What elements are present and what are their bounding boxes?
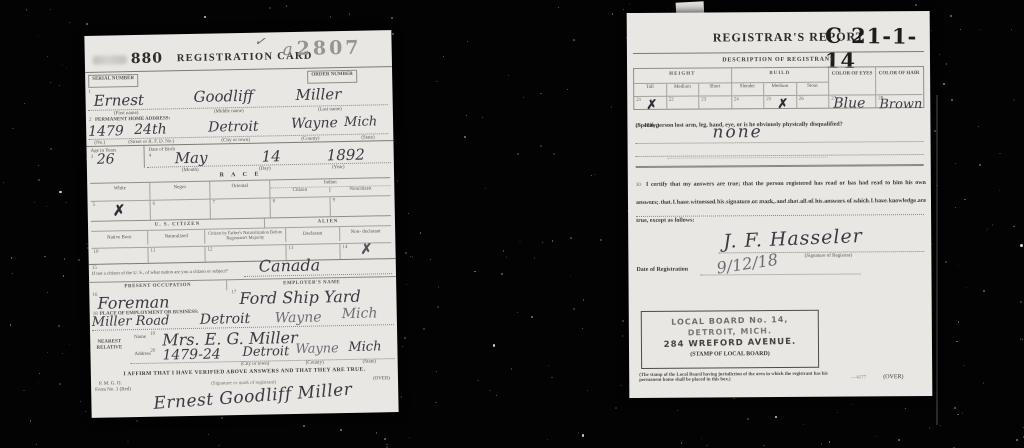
dob-day: 14 [262,147,281,165]
n26: 26 [799,96,804,101]
q29-line1 [636,141,924,144]
description-table: HEIGHT BUILD COLOR OF EYES COLOR OF HAIR… [633,66,924,110]
relative-sub-city: (City or town) [241,361,270,367]
eyes-value: Blue [833,95,865,111]
field-19-number: 19 [150,332,155,337]
employment-county: Wayne [275,309,322,326]
age-dob-divider [143,146,144,168]
employer-value: Ford Ship Yard [239,287,361,308]
field-3-number: 3 [91,155,94,160]
race-col-citizen: Citizen [270,187,330,194]
sub-middle-name: (Middle name) [214,109,244,115]
citizen-col-father: Citizen by Father's Naturalization Befor… [205,228,286,243]
tall-x-mark: ✗ [646,98,657,113]
citizen-cell-naturalized: 11 [148,247,205,263]
citizen-n-father: 12 [207,248,212,253]
relative-state: Mich [348,339,381,355]
form-number-line1: P. M. G. O. [99,381,122,387]
citizen-col-naturalized: Naturalized [148,230,205,245]
nation-answer: Canada [259,255,321,275]
relative-sub-county: (County) [306,360,324,366]
relative-city: Detroit [242,344,289,360]
q29-answer: none [712,122,762,142]
stout-label: Stout [797,82,830,94]
occupation-heading: PRESENT OCCUPATION [89,280,227,292]
q30-block: 30 I certify that my answers are true; t… [636,171,926,227]
employment-state: Mich [342,305,378,322]
nondeclarant-x-mark: ✗ [360,241,372,257]
n24: 24 [734,97,739,102]
build-medium-x-mark: ✗ [777,97,788,112]
relative-address-label: Address [134,352,150,358]
race-col-oriental: Oriental [210,180,270,198]
citizen-col-nondeclarant: Non- declarant [340,226,391,240]
build-medium-label: Medium [764,83,797,95]
q29-specify: (Specify.) [635,123,659,130]
field-4-number: 4 [149,154,152,159]
hair-value: Brown [879,97,922,112]
citizen-cell-native: 10 [91,248,148,264]
local-board-stamp-box: LOCAL BOARD No. 14, DETROIT, MICH. 284 W… [641,310,819,369]
eyes-heading: COLOR OF EYES [829,67,876,94]
race-cell-citizen: 8 [271,197,331,217]
order-number-stamp: 2807 [296,37,361,60]
short-label: Short [699,83,732,95]
citizen-n-naturalized: 11 [150,249,155,254]
height-medium-label: Medium [667,83,700,95]
hair-cell: 28 Brown [876,94,922,108]
n25: 25 [766,97,771,102]
field-2-number: 2 [89,118,92,123]
serial-number-stamp: 880 [131,50,164,67]
address-state: Mich [344,114,377,130]
relative-sub-state: (State) [363,359,376,365]
height-heading: HEIGHT [634,68,732,84]
field-20-number: 20 [150,349,155,354]
relative-name-label: Name [134,335,146,341]
nearest-relative-label: NEAREST RELATIVE [92,339,126,351]
eyes-cell: 27 Blue [829,94,876,108]
name-first: Ernest [93,91,144,110]
short-cell: 23 [699,95,732,109]
checkmark: ✓ [254,34,267,50]
address-city: Detroit [208,119,259,136]
report-form-code: —4177 [851,375,866,381]
age-value: 26 [97,151,115,167]
registrar-signature: J. F. Hasseler [723,225,863,253]
address-county: Wayne [291,115,338,132]
citizen-n-declarant: 13 [288,246,293,251]
race-col-white: White [90,183,150,201]
double-rule [636,164,924,168]
hair-heading: COLOR OF HAIR [876,67,922,94]
reg-card-over-label: (OVER) [373,376,390,382]
citizen-cell-nondeclarant: 14 ✗ [340,243,391,259]
dob-label: Date of Birth [149,147,175,153]
race-n-citizen: 8 [273,199,276,204]
citizen-n-native: 10 [93,250,98,255]
race-n-negro: 6 [153,202,156,207]
race-cell-oriental: 7 [211,198,271,218]
registrar-signature-caption: (Signature of Registrar) [768,253,888,259]
race-col-noncitizen: Noncitizen [330,186,390,193]
slender-label: Slender [732,83,765,95]
registrar-report-card: REGISTRAR'S REPORT C 21-1-14 DESCRIPTION… [627,11,933,398]
race-col-negro: Negro [150,182,210,200]
slender-cell: 24 [732,95,765,109]
date-of-registration-label: Date of Registration [636,267,688,274]
stamp-line3: 284 WREFORD AVENUE. [642,336,818,350]
n23: 23 [701,97,706,102]
order-number-prefix: a [282,40,293,60]
dob-month: May [175,149,208,168]
order-number-label: ORDER NUMBER [307,70,357,84]
stamp-box-caption: (STAMP OF LOCAL BOARD) [642,351,818,358]
q29-block: 29 Has person lost arm, leg, hand, eye, … [635,112,923,132]
employment-city: Detroit [200,311,251,328]
citizen-col-native: Native Born [91,231,148,246]
citizen-n-nondeclarant: 14 [342,245,347,250]
dob-year: 1892 [327,146,366,165]
report-over-label: (OVER) [883,374,903,381]
relative-county: Wayne [295,341,339,357]
build-heading: BUILD [732,68,830,84]
stout-cell: 26 [797,94,830,108]
ink-smudge [93,55,127,65]
n22: 22 [669,97,674,102]
form-number-line2: Form No. 1 (Red) [95,387,131,393]
field-15-number: 15 [92,266,97,271]
race-white-x-mark: ✗ [113,201,126,219]
q29-faint-caption [668,157,828,160]
name-last: Miller [295,85,341,104]
height-medium-cell: 22 [667,95,700,109]
stamp-box-note: (The stamp of the Local Board having jur… [639,372,839,384]
race-n-white: 5 [93,203,96,208]
citizen-col-declarant: Declarant [286,227,340,242]
tall-label: Tall [634,84,667,96]
address-street: 24th [134,121,167,138]
race-n-oriental: 7 [213,201,216,206]
race-n-noncitizen: 9 [333,198,336,203]
build-medium-cell: 25 ✗ [764,95,797,109]
sub-last-name: (Last name) [318,107,342,113]
race-cell-negro: 6 [151,200,211,220]
registration-card: 880 REGISTRATION CARD ✓ a 2807 SERIAL NU… [84,30,398,418]
n21: 21 [636,98,641,103]
tall-cell: 21 ✗ [634,95,667,109]
affirmation-statement: I AFFIRM THAT I HAVE VERIFIED ABOVE ANSW… [91,366,398,378]
nation-question: If not a citizen of the U. S., of what n… [92,269,242,277]
serial-number-label: SERIAL NUMBER [88,74,138,88]
employment-no: Miller Road [92,313,170,329]
q30-number: 30 [636,183,641,188]
field-17-number: 17 [231,290,236,295]
race-cell-white: 5 ✗ [91,201,151,221]
field-1-number: 1 [88,90,91,95]
name-middle: Goodliff [193,87,253,106]
race-cell-noncitizen: 9 [331,196,391,216]
scan-edge-artifact [936,95,938,425]
